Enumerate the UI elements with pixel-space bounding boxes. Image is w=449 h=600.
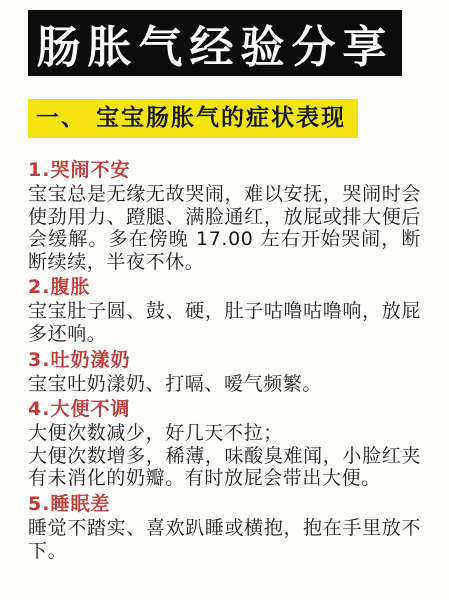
section-body: 宝宝肚子圆、鼓、硬，肚子咕噜咕噜响，放屁多还响。 [28,300,421,345]
section-body: 大便次数减少，好几天不拉； 大便次数增多，稀薄，味酸臭难闻，小脸红夹有未消化的奶… [28,422,421,490]
section-bloating: 2.腹胀 宝宝肚子圆、鼓、硬，肚子咕噜咕噜响，放屁多还响。 [28,276,421,345]
symptom-sections: 1.哭闹不安 宝宝总是无缘无故哭闹，难以安抚，哭闹时会使劲用力、蹬腿、满脸通红，… [28,159,421,562]
section-title: 5.睡眠差 [28,493,421,515]
section-body: 宝宝总是无缘无故哭闹，难以安抚，哭闹时会使劲用力、蹬腿、满脸通红，放屁或排大便后… [28,183,421,273]
section-title: 4.大便不调 [28,398,421,420]
page-title: 肠胀气经验分享 [37,11,394,75]
section-stool: 4.大便不调 大便次数减少，好几天不拉； 大便次数增多，稀薄，味酸臭难闻，小脸红… [28,398,421,490]
title-banner: 肠胀气经验分享 [28,10,402,76]
section-body: 宝宝吐奶漾奶、打嗝、嗳气频繁。 [28,373,421,396]
section-crying: 1.哭闹不安 宝宝总是无缘无故哭闹，难以安抚，哭闹时会使劲用力、蹬腿、满脸通红，… [28,159,421,273]
section-title: 1.哭闹不安 [28,159,421,181]
section-title: 2.腹胀 [28,276,421,298]
section-heading-highlight: 一、 宝宝肠胀气的症状表现 [28,99,358,138]
section-heading-text: 一、 宝宝肠胀气的症状表现 [36,105,346,131]
note-page: 肠胀气经验分享 一、 宝宝肠胀气的症状表现 1.哭闹不安 宝宝总是无缘无故哭闹，… [0,0,449,600]
section-title: 3.吐奶漾奶 [28,349,421,371]
section-spit-up: 3.吐奶漾奶 宝宝吐奶漾奶、打嗝、嗳气频繁。 [28,349,421,396]
section-sleep: 5.睡眠差 睡觉不踏实、喜欢趴睡或横抱，抱在手里放不下。 [28,493,421,562]
section-body: 睡觉不踏实、喜欢趴睡或横抱，抱在手里放不下。 [28,517,421,562]
